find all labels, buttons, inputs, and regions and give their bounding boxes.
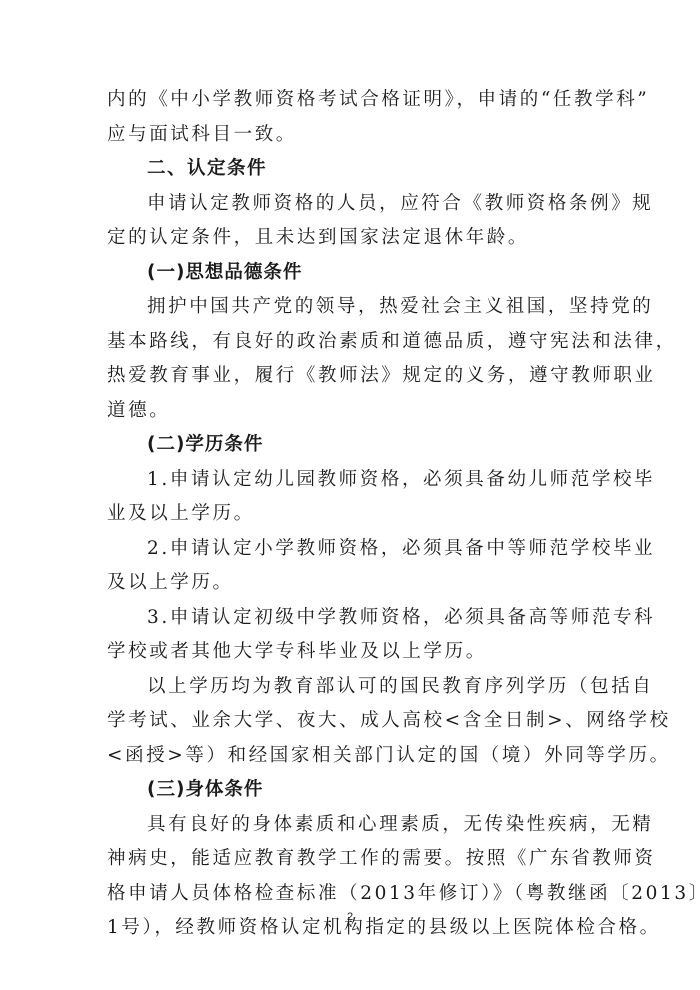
body-line: 3.申请认定初级中学教师资格，必须具备高等师范专科 <box>107 601 593 636</box>
body-line: 业及以上学历。 <box>107 497 593 532</box>
body-line: 以上学历均为教育部认可的国民教育序列学历（包括自 <box>107 670 593 705</box>
body-line: 道德。 <box>107 394 593 429</box>
body-line: 1.申请认定幼儿园教师资格，必须具备幼儿师范学校毕 <box>107 463 593 498</box>
body-line: <函授>等）和经国家相关部门认定的国（境）外同等学历。 <box>107 739 593 774</box>
body-line: 2.申请认定小学教师资格，必须具备中等师范学校毕业 <box>107 532 593 567</box>
body-line: 应与面试科目一致。 <box>107 118 593 153</box>
body-line: 申请认定教师资格的人员，应符合《教师资格条例》规 <box>107 187 593 222</box>
body-line: 格申请人员体格检查标准（2013年修订）》（粤教继函〔2013〕 <box>107 877 593 912</box>
document-page: 内的《中小学教师资格考试合格证明》，申请的“任教学科” 应与面试科目一致。 二、… <box>107 83 593 946</box>
section-heading: 二、认定条件 <box>107 152 593 187</box>
body-line: 具有良好的身体素质和心理素质，无传染性疾病，无精 <box>107 808 593 843</box>
body-line: 基本路线，有良好的政治素质和道德品质，遵守宪法和法律， <box>107 325 593 360</box>
body-line: 拥护中国共产党的领导，热爱社会主义祖国，坚持党的 <box>107 290 593 325</box>
body-line: 学考试、业余大学、夜大、成人高校<含全日制>、网络学校 <box>107 704 593 739</box>
body-line: 神病史，能适应教育教学工作的需要。按照《广东省教师资 <box>107 842 593 877</box>
subsection-heading: (二)学历条件 <box>107 428 593 463</box>
subsection-heading: (三)身体条件 <box>107 773 593 808</box>
body-line: 学校或者其他大学专科毕业及以上学历。 <box>107 635 593 670</box>
body-line: 及以上学历。 <box>107 566 593 601</box>
page-number: 2 <box>0 911 700 923</box>
body-line: 定的认定条件，且未达到国家法定退休年龄。 <box>107 221 593 256</box>
body-line: 内的《中小学教师资格考试合格证明》，申请的“任教学科” <box>107 83 593 118</box>
subsection-heading: (一)思想品德条件 <box>107 256 593 291</box>
body-line: 热爱教育事业，履行《教师法》规定的义务，遵守教师职业 <box>107 359 593 394</box>
